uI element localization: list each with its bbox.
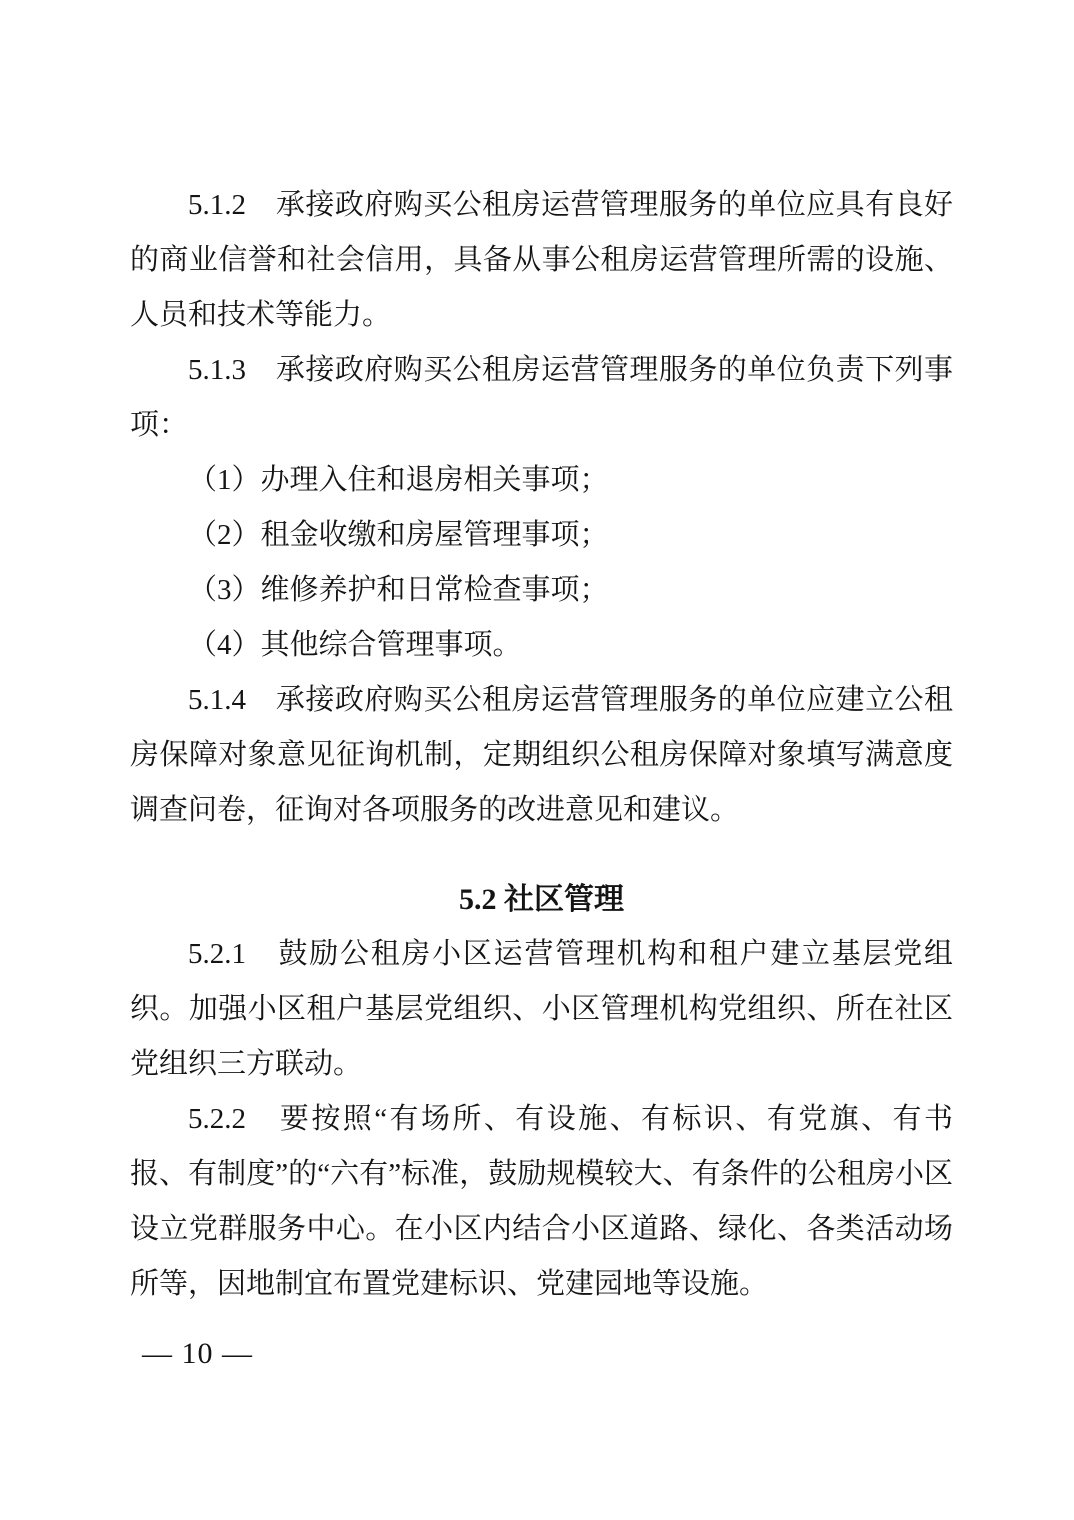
paragraph-5-1-2: 5.1.2 承接政府购买公租房运营管理服务的单位应具有良好的商业信誉和社会信用，…: [130, 178, 953, 343]
list-item-3: （3）维修养护和日常检查事项；: [130, 563, 953, 618]
page-number: — 10 —: [142, 1336, 253, 1372]
document-page: 5.1.2 承接政府购买公租房运营管理服务的单位应具有良好的商业信誉和社会信用，…: [0, 0, 1074, 1520]
list-item-4: （4）其他综合管理事项。: [130, 618, 953, 673]
paragraph-5-2-2: 5.2.2 要按照“有场所、有设施、有标识、有党旗、有书报、有制度”的“六有”标…: [130, 1092, 953, 1312]
list-item-1: （1）办理入住和退房相关事项；: [130, 453, 953, 508]
paragraph-5-1-3: 5.1.3 承接政府购买公租房运营管理服务的单位负责下列事项：: [130, 343, 953, 453]
section-heading-5-2: 5.2 社区管理: [130, 872, 953, 927]
paragraph-5-1-4: 5.1.4 承接政府购买公租房运营管理服务的单位应建立公租房保障对象意见征询机制…: [130, 673, 953, 838]
document-content: 5.1.2 承接政府购买公租房运营管理服务的单位应具有良好的商业信誉和社会信用，…: [130, 178, 953, 1312]
list-item-2: （2）租金收缴和房屋管理事项；: [130, 508, 953, 563]
paragraph-5-2-1: 5.2.1 鼓励公租房小区运营管理机构和租户建立基层党组织。加强小区租户基层党组…: [130, 927, 953, 1092]
